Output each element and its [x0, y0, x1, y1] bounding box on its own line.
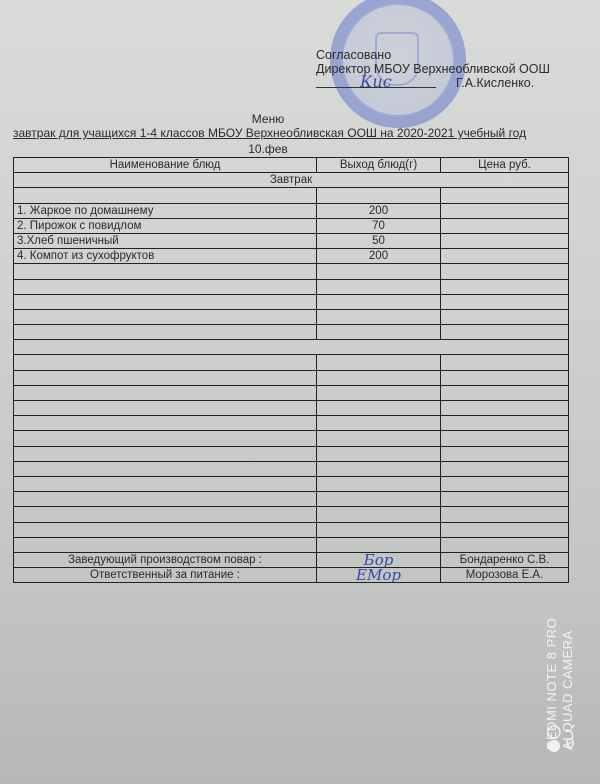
table-row: [14, 431, 569, 446]
table-row: [14, 476, 569, 491]
dish-name: 3.Хлеб пшеничный: [14, 233, 317, 248]
table-row: 4. Компот из сухофруктов200: [14, 249, 569, 264]
empty-cell: [441, 325, 569, 340]
handwritten-signature: ЕМор: [317, 568, 441, 583]
empty-cell: [14, 431, 317, 446]
document-subtitle: завтрак для учащихся 1-4 классов МБОУ Ве…: [13, 126, 526, 140]
empty-cell: [14, 492, 317, 507]
dish-price: [441, 233, 569, 248]
table-row: [14, 309, 569, 324]
table-row: [14, 340, 569, 355]
empty-cell: [14, 522, 317, 537]
director-signature: Кис: [360, 72, 392, 91]
dish-name: 2. Пирожок с повидлом: [14, 218, 317, 233]
dish-name: 1. Жаркое по домашнему: [14, 203, 317, 218]
table-row: [14, 294, 569, 309]
table-row: 2. Пирожок с повидлом70: [14, 218, 569, 233]
dish-yield: 200: [317, 249, 441, 264]
table-row: [14, 370, 569, 385]
empty-cell: [441, 309, 569, 324]
empty-cell: [317, 294, 441, 309]
approval-director: Директор МБОУ Верхнеобливской ООШ: [316, 62, 550, 76]
empty-cell: [317, 355, 441, 370]
empty-cell: [317, 264, 441, 279]
empty-cell: [441, 431, 569, 446]
table-row: [14, 522, 569, 537]
table-row: [14, 537, 569, 552]
table-row: [14, 446, 569, 461]
section-row: Завтрак: [14, 173, 569, 188]
table-row: [14, 355, 569, 370]
empty-cell: [14, 401, 317, 416]
empty-cell: [14, 294, 317, 309]
approval-block: Согласовано Директор МБОУ Верхнеобливско…: [316, 48, 550, 90]
table-row: [14, 188, 569, 203]
empty-cell: [441, 355, 569, 370]
column-header-dish: Наименование блюд: [14, 158, 317, 173]
merged-empty-cell: [14, 340, 569, 355]
camera-watermark: REDMI NOTE 8 PRO AI QUAD CAMERA: [536, 600, 596, 770]
empty-cell: [317, 507, 441, 522]
empty-cell: [317, 309, 441, 324]
empty-cell: [14, 264, 317, 279]
table-row: [14, 385, 569, 400]
empty-cell: [14, 370, 317, 385]
dish-price: [441, 249, 569, 264]
dish-yield: 50: [317, 233, 441, 248]
document-title: Меню: [0, 112, 536, 126]
empty-cell: [317, 492, 441, 507]
empty-cell: [317, 461, 441, 476]
empty-cell: [441, 461, 569, 476]
table-row: [14, 492, 569, 507]
empty-cell: [317, 537, 441, 552]
signature-role: Ответственный за питание :: [14, 568, 317, 583]
signature-row: Заведующий производством повар :БорБонда…: [14, 552, 569, 567]
empty-cell: [441, 370, 569, 385]
handwritten-signature: Бор: [317, 552, 441, 567]
empty-cell: [441, 446, 569, 461]
empty-cell: [14, 309, 317, 324]
empty-cell: [14, 279, 317, 294]
menu-date: 10.фев: [0, 142, 536, 156]
dish-yield: 70: [317, 218, 441, 233]
empty-cell: [441, 507, 569, 522]
empty-cell: [14, 355, 317, 370]
empty-cell: [441, 294, 569, 309]
section-title: Завтрак: [14, 173, 569, 188]
table-row: 1. Жаркое по домашнему200: [14, 203, 569, 218]
signature-name: Морозова Е.А.: [441, 568, 569, 583]
empty-cell: [441, 416, 569, 431]
empty-cell: [14, 416, 317, 431]
table-row: [14, 401, 569, 416]
empty-cell: [317, 370, 441, 385]
dish-yield: 200: [317, 203, 441, 218]
camera-lens-icon: [542, 722, 582, 762]
empty-cell: [441, 522, 569, 537]
empty-cell: [441, 279, 569, 294]
column-header-price: Цена руб.: [441, 158, 569, 173]
empty-cell: [317, 522, 441, 537]
empty-cell: [14, 446, 317, 461]
empty-cell: [317, 279, 441, 294]
signature-name: Бондаренко С.В.: [441, 552, 569, 567]
approval-label: Согласовано: [316, 48, 550, 62]
table-row: [14, 416, 569, 431]
table-row: [14, 507, 569, 522]
menu-table: Наименование блюд Выход блюд(г) Цена руб…: [13, 157, 569, 583]
empty-cell: [14, 461, 317, 476]
table-row: [14, 325, 569, 340]
empty-cell: [441, 492, 569, 507]
empty-cell: [441, 537, 569, 552]
empty-cell: [441, 385, 569, 400]
empty-cell: [14, 325, 317, 340]
dish-name: 4. Компот из сухофруктов: [14, 249, 317, 264]
dish-price: [441, 203, 569, 218]
empty-cell: [441, 476, 569, 491]
table-row: [14, 264, 569, 279]
column-header-yield: Выход блюд(г): [317, 158, 441, 173]
empty-cell: [441, 401, 569, 416]
empty-cell: [317, 476, 441, 491]
empty-cell: [317, 416, 441, 431]
empty-cell: [317, 431, 441, 446]
empty-cell: [317, 325, 441, 340]
table-header-row: Наименование блюд Выход блюд(г) Цена руб…: [14, 158, 569, 173]
table-row: 3.Хлеб пшеничный50: [14, 233, 569, 248]
dish-price: [441, 218, 569, 233]
signature-role: Заведующий производством повар :: [14, 552, 317, 567]
empty-cell: [317, 401, 441, 416]
empty-cell: [14, 385, 317, 400]
table-row: [14, 461, 569, 476]
empty-cell: [14, 507, 317, 522]
empty-cell: [441, 264, 569, 279]
empty-cell: [317, 385, 441, 400]
empty-cell: [14, 537, 317, 552]
table-row: [14, 279, 569, 294]
empty-cell: [14, 476, 317, 491]
signature-row: Ответственный за питание :ЕМорМорозова Е…: [14, 568, 569, 583]
empty-cell: [317, 446, 441, 461]
